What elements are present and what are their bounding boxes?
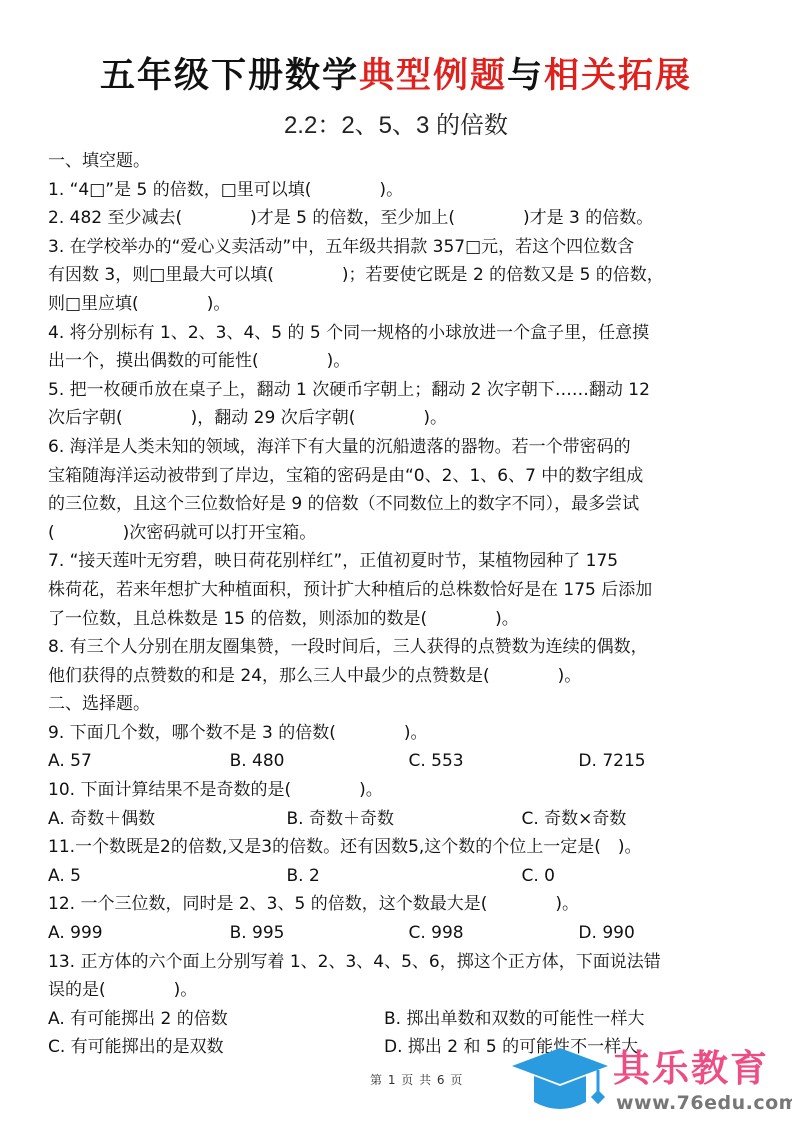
question-line: 1. “4□”是 5 的倍数，□里可以填( )。 — [48, 176, 760, 205]
question-line: ( )次密码就可以打开宝箱。 — [48, 519, 760, 548]
option-b: B. 995 — [230, 919, 409, 948]
title-highlight: 典型例题 — [359, 56, 507, 96]
page-number: 第 1 页 共 6 页 — [370, 1071, 463, 1088]
option-b: B. 奇数＋奇数 — [287, 805, 522, 834]
question-line: 4. 将分别标有 1、2、3、4、5 的 5 个同一规格的小球放进一个盒子里，任… — [48, 319, 760, 348]
question-line: 出一个，摸出偶数的可能性( )。 — [48, 347, 760, 376]
options-row: A. 999 B. 995 C. 998 D. 990 — [48, 919, 760, 948]
question-stem: 11.一个数既是2的倍数,又是3的倍数。还有因数5,这个数的个位上一定是( )。 — [48, 833, 760, 862]
question-line: 2. 482 至少减去( )才是 5 的倍数，至少加上( )才是 3 的倍数。 — [48, 204, 760, 233]
section-heading-multiple-choice: 二、选择题。 — [48, 690, 760, 719]
worksheet-body: 一、填空题。 1. “4□”是 5 的倍数，□里可以填( )。 2. 482 至… — [48, 147, 760, 1062]
option-d: D. 990 — [578, 919, 760, 948]
title-part: 五年级下册数学 — [100, 56, 359, 96]
options-row: A. 57 B. 480 C. 553 D. 7215 — [48, 747, 760, 776]
document-title: 五年级下册数学典型例题与相关拓展 — [0, 54, 792, 98]
option-c: C. 553 — [408, 747, 578, 776]
document-subtitle: 2.2：2、5、3 的倍数 — [0, 110, 792, 142]
question-stem: 13. 正方体的六个面上分别写着 1、2、3、4、5、6，掷这个正方体，下面说法… — [48, 948, 760, 977]
brand-name: 其乐教育 — [613, 1048, 769, 1090]
title-highlight: 相关拓展 — [544, 56, 692, 96]
option-a: A. 57 — [48, 747, 230, 776]
brand-url: www.76edu.com — [616, 1092, 792, 1114]
option-c: C. 有可能掷出的是双数 — [48, 1033, 384, 1062]
option-c: C. 998 — [408, 919, 578, 948]
graduation-cap-icon — [510, 1046, 610, 1116]
question-stem: 10. 下面计算结果不是奇数的是( )。 — [48, 776, 760, 805]
watermark-logo: 其乐教育 www.76edu.com — [510, 1046, 790, 1122]
option-c: C. 奇数×奇数 — [522, 805, 761, 834]
option-a: A. 有可能掷出 2 的倍数 — [48, 1005, 384, 1034]
question-line: 次后字朝( )，翻动 29 次后字朝( )。 — [48, 404, 760, 433]
option-b: B. 480 — [230, 747, 409, 776]
option-c: C. 0 — [522, 862, 761, 891]
option-a: A. 999 — [48, 919, 230, 948]
section-heading-fill-blank: 一、填空题。 — [48, 147, 760, 176]
options-row: A. 奇数＋偶数 B. 奇数＋奇数 C. 奇数×奇数 — [48, 805, 760, 834]
question-line: 了一位数，且总株数是 15 的倍数，则添加的数是( )。 — [48, 605, 760, 634]
question-line: 的三位数，且这个三位数恰好是 9 的倍数（不同数位上的数字不同），最多尝试 — [48, 490, 760, 519]
option-a: A. 奇数＋偶数 — [48, 805, 287, 834]
question-line: 宝箱随海洋运动被带到了岸边，宝箱的密码是由“0、2、1、6、7 中的数字组成 — [48, 462, 760, 491]
option-d: D. 7215 — [578, 747, 760, 776]
question-stem: 12. 一个三位数，同时是 2、3、5 的倍数，这个数最大是( )。 — [48, 890, 760, 919]
question-line: 株荷花，若来年想扩大种植面积，预计扩大种植后的总株数恰好是在 175 后添加 — [48, 576, 760, 605]
question-line: 有因数 3，则□里最大可以填( )；若要使它既是 2 的倍数又是 5 的倍数， — [48, 261, 760, 290]
option-b: B. 掷出单数和双数的可能性一样大 — [384, 1005, 720, 1034]
question-line: 7. “接天莲叶无穷碧，映日荷花别样红”，正值初夏时节，某植物园种了 175 — [48, 547, 760, 576]
question-line: 8. 有三个人分别在朋友圈集赞，一段时间后，三人获得的点赞数为连续的偶数， — [48, 633, 760, 662]
question-stem: 误的是( )。 — [48, 976, 760, 1005]
question-line: 他们获得的点赞数的和是 24，那么三人中最少的点赞数是( )。 — [48, 662, 760, 691]
option-b: B. 2 — [287, 862, 522, 891]
question-line: 5. 把一枚硬币放在桌子上，翻动 1 次硬币字朝上；翻动 2 次字朝下……翻动 … — [48, 376, 760, 405]
options-row: A. 5 B. 2 C. 0 — [48, 862, 760, 891]
question-line: 3. 在学校举办的“爱心义卖活动”中，五年级共捐款 357□元，若这个四位数含 — [48, 233, 760, 262]
question-stem: 9. 下面几个数，哪个数不是 3 的倍数( )。 — [48, 719, 760, 748]
option-a: A. 5 — [48, 862, 287, 891]
options-row: A. 有可能掷出 2 的倍数 B. 掷出单数和双数的可能性一样大 — [48, 1005, 760, 1034]
title-part: 与 — [507, 56, 544, 96]
question-line: 6. 海洋是人类未知的领域，海洋下有大量的沉船遗落的器物。若一个带密码的 — [48, 433, 760, 462]
question-line: 则□里应填( )。 — [48, 290, 760, 319]
